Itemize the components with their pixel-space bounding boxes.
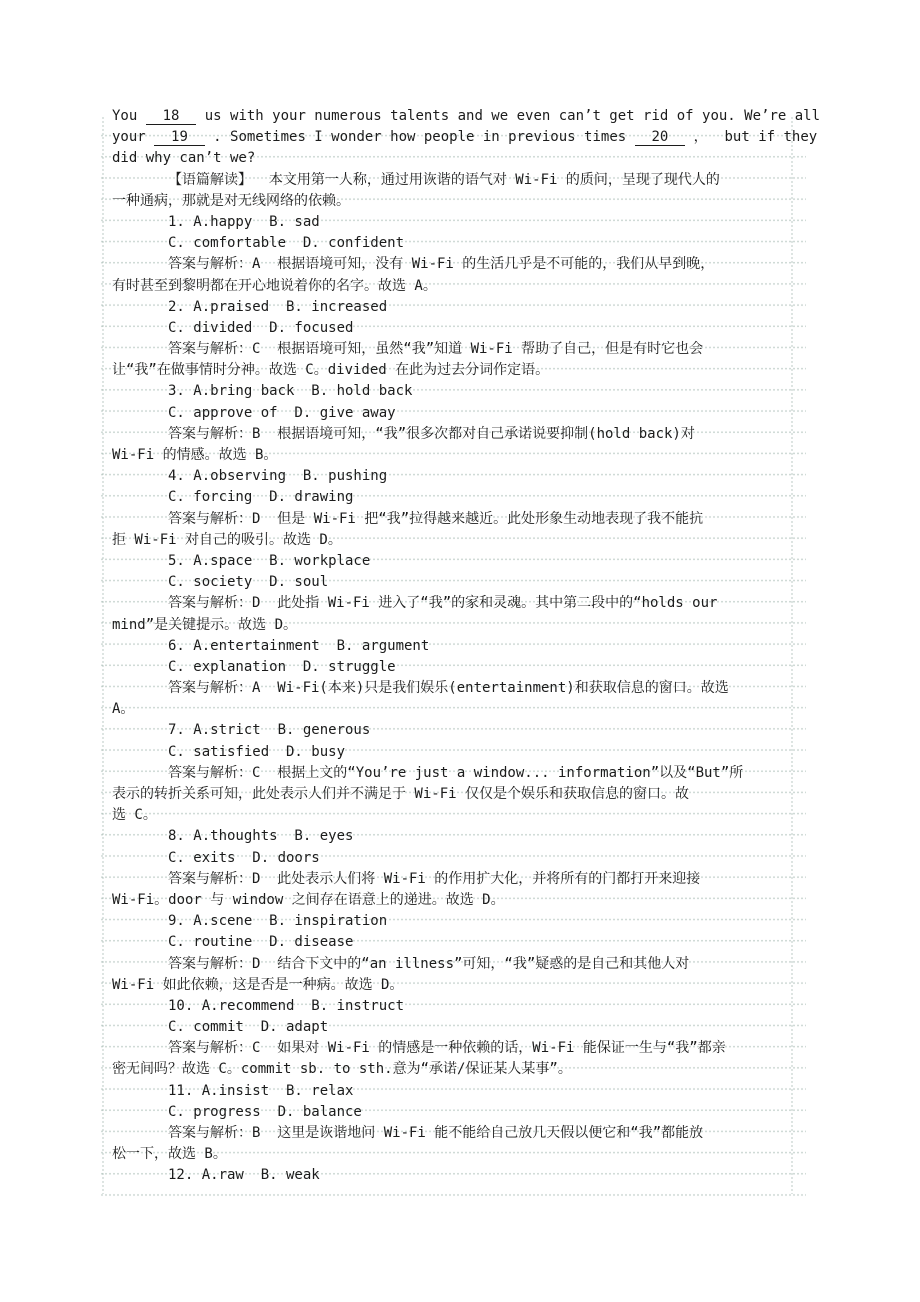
text-line: 答案与解析：C 根据上文的“You’re just a window... in… (112, 763, 812, 784)
document-text: You 18 us with your numerous talents and… (112, 106, 812, 1187)
text-line: 5. A.space B. workplace (112, 551, 812, 572)
text-segment: Wi-Fi。door 与 window 之间存在语意上的递进。故选 D。 (112, 892, 505, 908)
text-segment: C. exits D. doors (168, 850, 320, 866)
text-line: 一种通病，那就是对无线网络的依赖。 (112, 191, 812, 212)
text-segment: us with your numerous talents and we eve… (196, 108, 820, 124)
text-segment: 【语篇解读】 本文用第一人称，通过用诙谐的语气对 Wi-Fi 的质问，呈现了现代… (168, 172, 720, 188)
text-line: C. commit D. adapt (112, 1017, 812, 1038)
text-segment: 一种通病，那就是对无线网络的依赖。 (112, 193, 350, 209)
text-line: C. progress D. balance (112, 1102, 812, 1123)
text-segment: C. satisfied D. busy (168, 744, 345, 760)
text-line: C. routine D. disease (112, 932, 812, 953)
text-segment: 2. A.praised B. increased (168, 299, 387, 315)
text-line: 答案与解析：B 根据语境可知，“我”很多次都对自己承诺说要抑制(hold bac… (112, 424, 812, 445)
text-line: 【语篇解读】 本文用第一人称，通过用诙谐的语气对 Wi-Fi 的质问，呈现了现代… (112, 170, 812, 191)
text-segment: 答案与解析：D 此处指 Wi-Fi 进入了“我”的家和灵魂。其中第二段中的“ho… (168, 595, 717, 611)
text-segment: 答案与解析：B 根据语境可知，“我”很多次都对自己承诺说要抑制(hold bac… (168, 426, 695, 442)
text-segment: 3. A.bring back B. hold back (168, 383, 412, 399)
text-segment: Wi-Fi 如此依赖，这是否是一种病。故选 D。 (112, 977, 403, 993)
text-line: 12. A.raw B. weak (112, 1165, 812, 1186)
text-segment: 9. A.scene B. inspiration (168, 913, 387, 929)
text-line: You 18 us with your numerous talents and… (112, 106, 812, 127)
text-line: 答案与解析：B 这里是诙谐地问 Wi-Fi 能不能给自己放几天假以便它和“我”都… (112, 1123, 812, 1144)
text-line: 2. A.praised B. increased (112, 297, 812, 318)
text-segment: C. divided D. focused (168, 320, 353, 336)
text-line: 9. A.scene B. inspiration (112, 911, 812, 932)
text-line: 4. A.observing B. pushing (112, 466, 812, 487)
text-line: 7. A.strict B. generous (112, 720, 812, 741)
text-line: C. explanation D. struggle (112, 657, 812, 678)
text-line: C. society D. soul (112, 572, 812, 593)
text-segment: 让“我”在做事情时分神。故选 C。divided 在此为过去分词作定语。 (112, 362, 549, 378)
text-line: 6. A.entertainment B. argument (112, 636, 812, 657)
text-line: your 19 . Sometimes I wonder how people … (112, 127, 812, 148)
text-segment: C. explanation D. struggle (168, 659, 396, 675)
text-segment: 答案与解析：D 结合下文中的“an illness”可知，“我”疑惑的是自己和其… (168, 956, 689, 972)
text-segment: 密无间吗？故选 C。commit sb. to sth.意为“承诺/保证某人某事… (112, 1061, 572, 1077)
text-line: 答案与解析：D 此处指 Wi-Fi 进入了“我”的家和灵魂。其中第二段中的“ho… (112, 593, 812, 614)
text-segment: You (112, 108, 146, 124)
text-line: 拒 Wi-Fi 对自己的吸引。故选 D。 (112, 530, 812, 551)
scan-artifact-left-margin-rule (102, 116, 104, 1194)
text-line: C. exits D. doors (112, 848, 812, 869)
text-line: 选 C。 (112, 805, 812, 826)
text-line: C. satisfied D. busy (112, 742, 812, 763)
text-line: 1. A.happy B. sad (112, 212, 812, 233)
text-segment: 拒 Wi-Fi 对自己的吸引。故选 D。 (112, 532, 342, 548)
text-segment: 表示的转折关系可知，此处表示人们并不满足于 Wi-Fi 仅仅是个娱乐和获取信息的… (112, 786, 689, 802)
text-segment: 10. A.recommend B. instruct (168, 998, 404, 1014)
text-line: 答案与解析：D 此处表示人们将 Wi-Fi 的作用扩大化，并将所有的门都打开来迎… (112, 869, 812, 890)
text-line: Wi-Fi。door 与 window 之间存在语意上的递进。故选 D。 (112, 890, 812, 911)
text-segment: 答案与解析：D 但是 Wi-Fi 把“我”拉得越来越近。此处形象生动地表现了我不… (168, 511, 703, 527)
text-segment: C. commit D. adapt (168, 1019, 328, 1035)
text-segment: 8. A.thoughts B. eyes (168, 828, 353, 844)
blank-answer-underline: 19 (154, 129, 205, 146)
blank-answer-underline: 18 (146, 108, 197, 125)
text-segment: C. comfortable D. confident (168, 235, 404, 251)
text-line: 答案与解析：D 但是 Wi-Fi 把“我”拉得越来越近。此处形象生动地表现了我不… (112, 509, 812, 530)
text-line: 让“我”在做事情时分神。故选 C。divided 在此为过去分词作定语。 (112, 360, 812, 381)
text-line: 松一下，故选 B。 (112, 1144, 812, 1165)
text-segment: 4. A.observing B. pushing (168, 468, 387, 484)
text-segment: 6. A.entertainment B. argument (168, 638, 429, 654)
text-line: 答案与解析：A Wi-Fi(本来)只是我们娱乐(entertainment)和获… (112, 678, 812, 699)
text-line: C. approve of D. give away (112, 403, 812, 424)
text-segment: C. society D. soul (168, 574, 328, 590)
text-line: 答案与解析：C 根据语境可知，虽然“我”知道 Wi-Fi 帮助了自己，但是有时它… (112, 339, 812, 360)
text-line: did why can’t we? (112, 148, 812, 169)
text-segment: 答案与解析：B 这里是诙谐地问 Wi-Fi 能不能给自己放几天假以便它和“我”都… (168, 1125, 703, 1141)
text-segment: 答案与解析：D 此处表示人们将 Wi-Fi 的作用扩大化，并将所有的门都打开来迎… (168, 871, 700, 887)
text-segment: ， but if they (685, 129, 817, 145)
text-segment: 答案与解析：C 根据上文的“You’re just a window... in… (168, 765, 743, 781)
text-segment: 5. A.space B. workplace (168, 553, 370, 569)
text-segment: C. progress D. balance (168, 1104, 362, 1120)
text-segment: 选 C。 (112, 807, 157, 823)
text-line: 10. A.recommend B. instruct (112, 996, 812, 1017)
text-line: 答案与解析：A 根据语境可知，没有 Wi-Fi 的生活几乎是不可能的，我们从早到… (112, 254, 812, 275)
blank-answer-underline: 20 (635, 129, 686, 146)
text-segment: A。 (112, 701, 134, 717)
text-segment: 有时甚至到黎明都在开心地说着你的名字。故选 A。 (112, 278, 437, 294)
text-segment: 答案与解析：C 根据语境可知，虽然“我”知道 Wi-Fi 帮助了自己，但是有时它… (168, 341, 703, 357)
text-line: 表示的转折关系可知，此处表示人们并不满足于 Wi-Fi 仅仅是个娱乐和获取信息的… (112, 784, 812, 805)
text-line: 8. A.thoughts B. eyes (112, 826, 812, 847)
text-segment: 答案与解析：A 根据语境可知，没有 Wi-Fi 的生活几乎是不可能的，我们从早到… (168, 256, 714, 272)
document-page: You 18 us with your numerous talents and… (0, 0, 920, 1302)
text-segment: C. approve of D. give away (168, 405, 396, 421)
text-line: Wi-Fi 如此依赖，这是否是一种病。故选 D。 (112, 975, 812, 996)
text-segment: 松一下，故选 B。 (112, 1146, 227, 1162)
text-line: 答案与解析：D 结合下文中的“an illness”可知，“我”疑惑的是自己和其… (112, 954, 812, 975)
text-segment: 1. A.happy B. sad (168, 214, 320, 230)
text-segment: your (112, 129, 154, 145)
text-line: C. comfortable D. confident (112, 233, 812, 254)
text-segment: Wi-Fi 的情感。故选 B。 (112, 447, 277, 463)
text-line: C. divided D. focused (112, 318, 812, 339)
text-line: C. forcing D. drawing (112, 487, 812, 508)
text-line: 11. A.insist B. relax (112, 1081, 812, 1102)
text-segment: C. forcing D. drawing (168, 489, 353, 505)
text-segment: C. routine D. disease (168, 934, 353, 950)
text-segment: 答案与解析：C 如果对 Wi-Fi 的情感是一种依赖的话，Wi-Fi 能保证一生… (168, 1040, 726, 1056)
text-line: 密无间吗？故选 C。commit sb. to sth.意为“承诺/保证某人某事… (112, 1059, 812, 1080)
text-segment: 答案与解析：A Wi-Fi(本来)只是我们娱乐(entertainment)和获… (168, 680, 729, 696)
text-line: Wi-Fi 的情感。故选 B。 (112, 445, 812, 466)
text-segment: . Sometimes I wonder how people in previ… (205, 129, 635, 145)
text-segment: 11. A.insist B. relax (168, 1083, 353, 1099)
text-line: 有时甚至到黎明都在开心地说着你的名字。故选 A。 (112, 276, 812, 297)
text-line: 3. A.bring back B. hold back (112, 381, 812, 402)
text-segment: 12. A.raw B. weak (168, 1167, 320, 1183)
text-segment: 7. A.strict B. generous (168, 722, 370, 738)
text-segment: did why can’t we? (112, 150, 255, 166)
text-line: mind”是关键提示。故选 D。 (112, 615, 812, 636)
text-line: 答案与解析：C 如果对 Wi-Fi 的情感是一种依赖的话，Wi-Fi 能保证一生… (112, 1038, 812, 1059)
text-line: A。 (112, 699, 812, 720)
text-segment: mind”是关键提示。故选 D。 (112, 617, 297, 633)
